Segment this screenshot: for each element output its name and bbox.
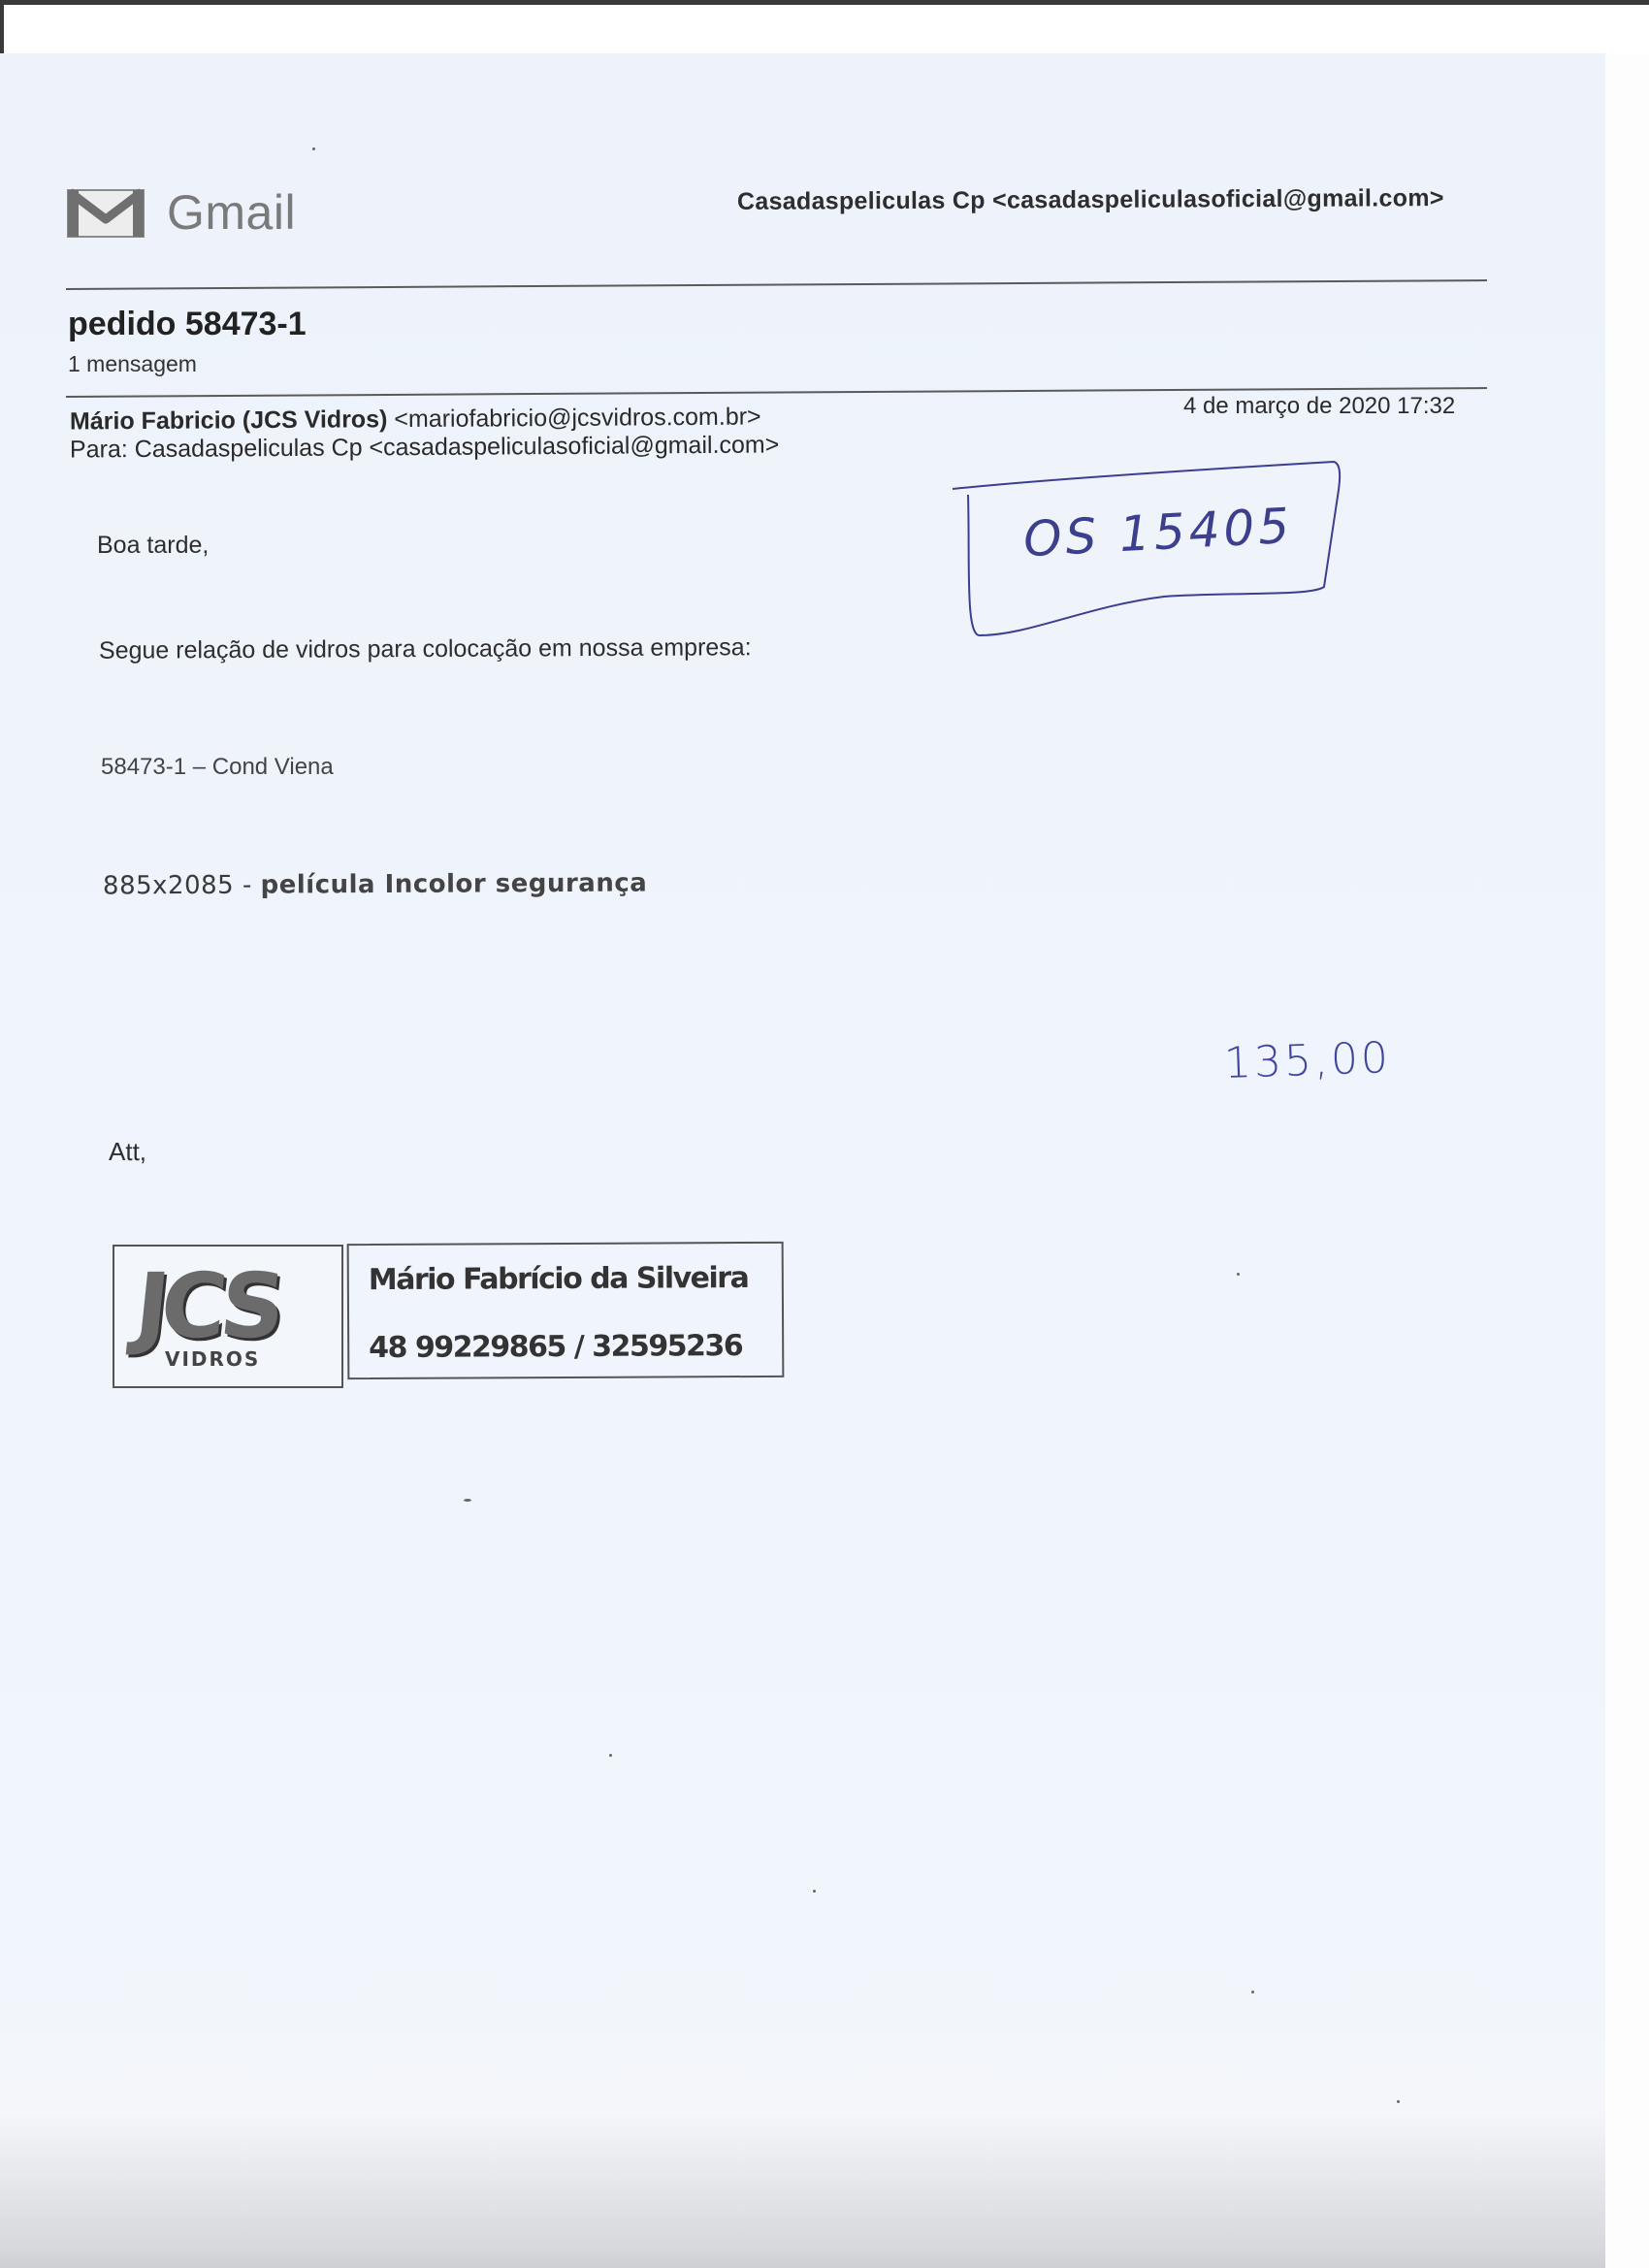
scan-speck [312,147,315,150]
gmail-m-icon [66,186,145,240]
account-label: Casadaspeliculas Cp <casadaspeliculasofi… [737,184,1444,216]
scan-speck [1397,2100,1400,2103]
thread-subject: pedido 58473-1 [68,306,307,343]
email-signature: JCS VIDROS Mário Fabrício da Silveira 48… [113,1245,784,1388]
message-count: 1 mensagem [68,351,197,377]
signature-name: Mário Fabrício da Silveira [369,1261,749,1297]
scan-top-border [0,0,1649,5]
scan-speck [813,1890,816,1893]
item-separator: - [234,871,261,900]
handwritten-price: 135,00 [1223,1033,1392,1088]
jcs-vidros-logo: JCS VIDROS [113,1245,343,1388]
scan-right-margin [1605,53,1649,2268]
order-reference: 58473-1 – Cond Viena [101,754,334,781]
scanned-page [0,53,1605,2268]
sender-name: Mário Fabricio (JCS Vidros) [70,405,388,435]
logo-text: JCS [130,1254,282,1358]
gmail-logo: Gmail [66,184,296,241]
scan-speck [464,1499,471,1502]
signature-phone: 48 99229865 / 32595236 [369,1329,742,1365]
scan-left-border [0,0,4,53]
email-intro: Segue relação de vidros para colocação e… [99,633,752,665]
email-greeting: Boa tarde, [97,532,209,560]
scan-speck [609,1754,612,1757]
message-datetime: 4 de março de 2020 17:32 [1183,393,1455,420]
gmail-wordmark: Gmail [167,184,296,241]
signature-info: Mário Fabrício da Silveira 48 99229865 /… [347,1242,785,1379]
item-description: película Incolor segurança [261,869,648,900]
logo-subtext: VIDROS [165,1347,260,1371]
email-closing: Att, [109,1137,146,1167]
sender-email: <mariofabricio@jcsvidros.com.br> [394,404,760,434]
scan-speck [1251,1991,1254,1993]
recipient-line: Para: Casadaspeliculas Cp <casadaspelicu… [70,431,779,464]
scan-speck [1237,1273,1240,1276]
item-dimensions: 885x2085 [103,871,234,901]
item-line: 885x2085 - película Incolor segurança [103,869,647,901]
